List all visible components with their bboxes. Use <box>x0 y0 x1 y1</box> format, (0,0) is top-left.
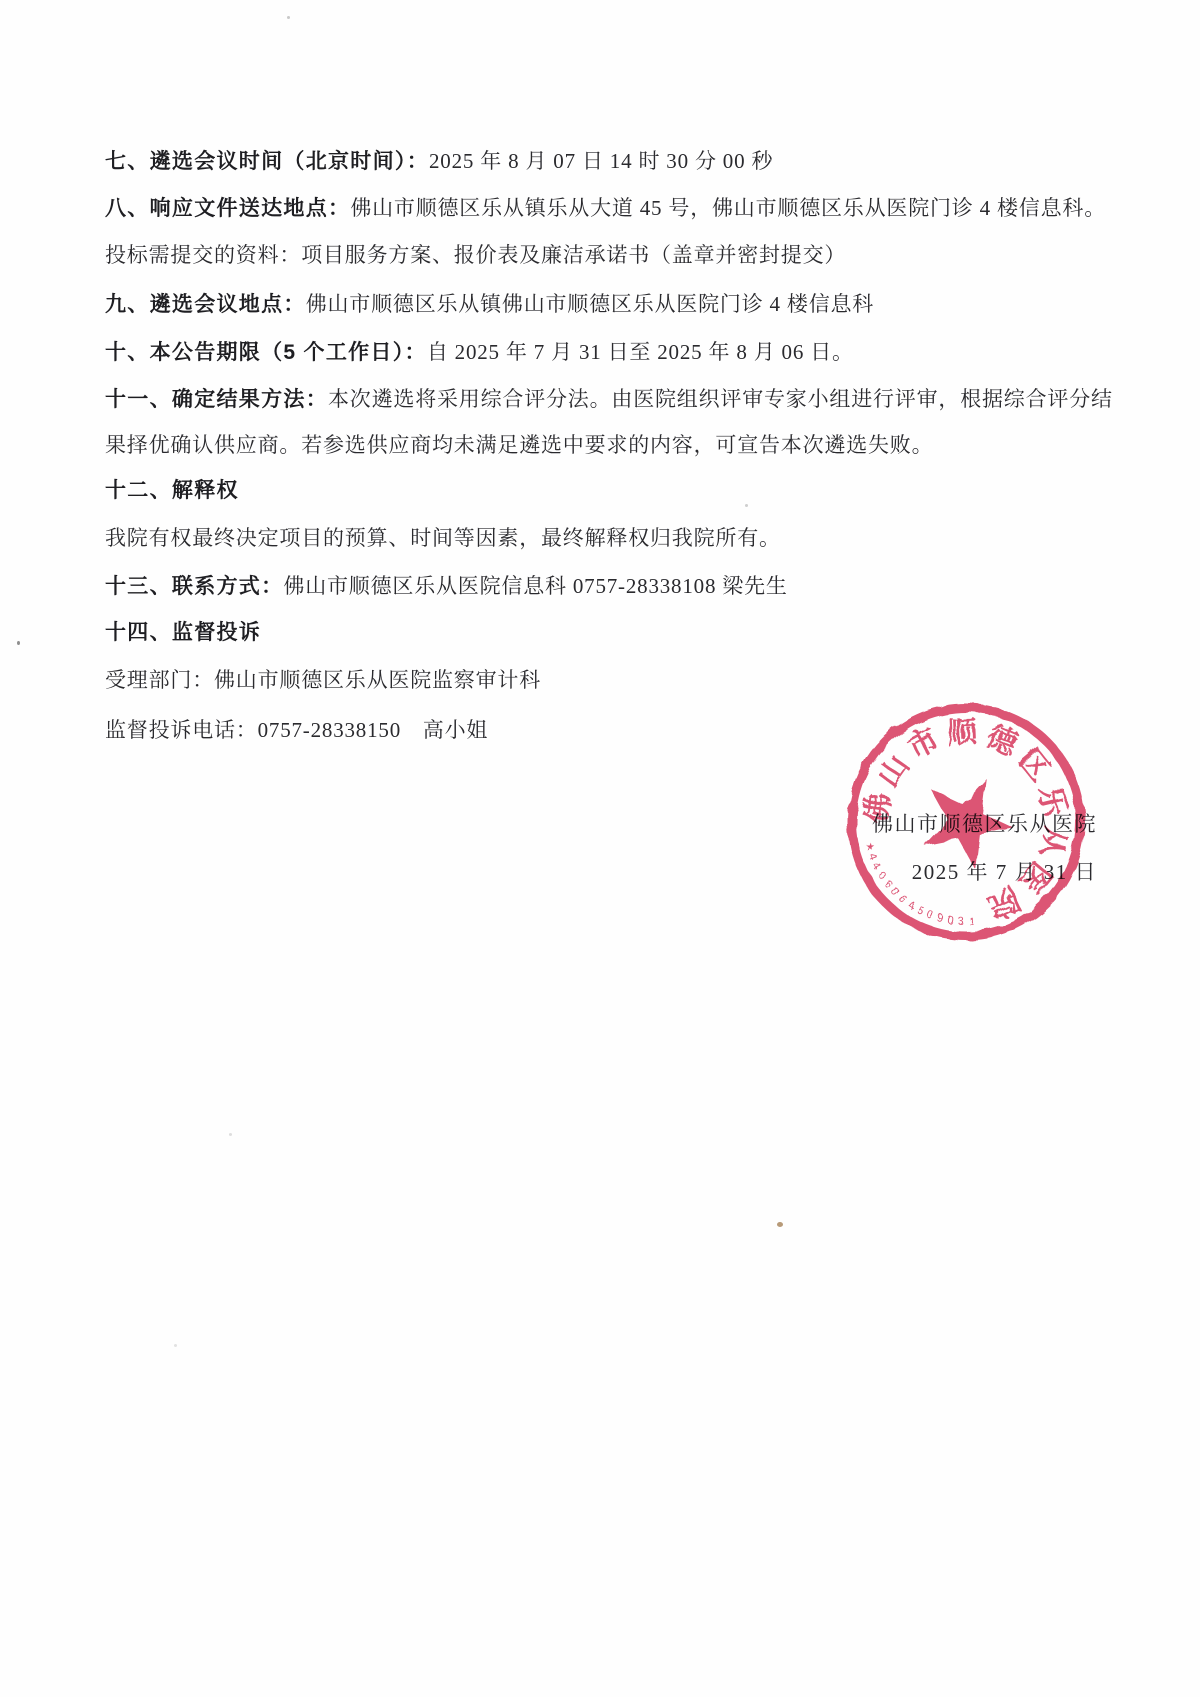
item-text: 佛山市顺德区乐从镇佛山市顺德区乐从医院门诊 4 楼信息科 <box>306 292 874 316</box>
svg-text:1: 1 <box>968 916 975 928</box>
doc-line: 我院有权最终决定项目的预算、时间等因素，最终解释权归我院所有。 <box>105 523 1115 554</box>
item-text: 2025 年 8 月 07 日 14 时 30 分 00 秒 <box>429 149 773 173</box>
svg-text:9: 9 <box>936 912 945 925</box>
signature-date: 2025 年 7 月 31 日 <box>912 858 1097 886</box>
doc-line: 七、遴选会议时间（北京时间）：2025 年 8 月 07 日 14 时 30 分… <box>105 146 1115 177</box>
svg-text:院: 院 <box>983 881 1024 924</box>
item-label: 十二、解释权 <box>105 479 239 502</box>
item-label: 九、遴选会议地点： <box>105 293 306 316</box>
scan-speck <box>229 1133 232 1136</box>
item-label: 八、响应文件送达地点： <box>105 197 350 220</box>
scan-speck <box>174 1344 177 1347</box>
doc-line: 果择优确认供应商。若参选供应商均未满足遴选中要求的内容，可宣告本次遴选失败。 <box>105 430 1115 461</box>
item-label: 十四、监督投诉 <box>105 621 261 644</box>
svg-text:区: 区 <box>1012 743 1057 787</box>
scanned-document-page: 七、遴选会议时间（北京时间）：2025 年 8 月 07 日 14 时 30 分… <box>0 0 1200 1697</box>
doc-line: 十三、联系方式：佛山市顺德区乐从医院信息科 0757-28338108 梁先生 <box>105 571 1115 602</box>
scan-speck <box>287 16 290 19</box>
scan-speck <box>17 641 20 645</box>
svg-text:★: ★ <box>862 840 876 853</box>
doc-line: 八、响应文件送达地点：佛山市顺德区乐从镇乐从大道 45 号，佛山市顺德区乐从医院… <box>105 193 1115 224</box>
svg-text:4: 4 <box>865 851 878 861</box>
item-text: 投标需提交的资料：项目服务方案、报价表及廉洁承诺书（盖章并密封提交） <box>105 243 846 267</box>
doc-line: 投标需提交的资料：项目服务方案、报价表及廉洁承诺书（盖章并密封提交） <box>105 240 1115 271</box>
item-text: 受理部门：佛山市顺德区乐从医院监察审计科 <box>105 668 541 692</box>
item-label: 十一、确定结果方法： <box>105 388 328 411</box>
item-text: 本次遴选将采用综合评分法。由医院组织评审专家小组进行评审，根据综合评分结 <box>328 387 1113 411</box>
svg-text:3: 3 <box>958 916 965 928</box>
item-label: 七、遴选会议时间（北京时间）： <box>105 150 429 173</box>
svg-text:0: 0 <box>888 886 901 899</box>
svg-text:0: 0 <box>925 909 935 922</box>
doc-line: 十、本公告期限（5 个工作日）：自 2025 年 7 月 31 日至 2025 … <box>105 337 1115 368</box>
doc-line: 监督投诉电话：0757-28338150 高小姐 <box>105 715 1115 746</box>
doc-line: 九、遴选会议地点：佛山市顺德区乐从镇佛山市顺德区乐从医院门诊 4 楼信息科 <box>105 289 1115 320</box>
item-text: 果择优确认供应商。若参选供应商均未满足遴选中要求的内容，可宣告本次遴选失败。 <box>105 433 933 457</box>
item-text: 佛山市顺德区乐从镇乐从大道 45 号，佛山市顺德区乐从医院门诊 4 楼信息科。 <box>350 196 1106 220</box>
svg-text:4: 4 <box>870 861 883 872</box>
doc-line: 十二、解释权 <box>105 475 1115 506</box>
doc-line: 受理部门：佛山市顺德区乐从医院监察审计科 <box>105 665 1115 696</box>
item-text: 佛山市顺德区乐从医院信息科 0757-28338108 梁先生 <box>283 574 787 598</box>
item-label: 十、本公告期限（5 个工作日）： <box>105 341 427 364</box>
scan-speck <box>745 504 748 507</box>
svg-text:4: 4 <box>905 899 917 912</box>
svg-text:6: 6 <box>896 893 908 906</box>
item-text: 我院有权最终决定项目的预算、时间等因素，最终解释权归我院所有。 <box>105 526 781 550</box>
signature-org: 佛山市顺德区乐从医院 <box>872 810 1097 838</box>
svg-text:0: 0 <box>947 914 955 927</box>
svg-text:0: 0 <box>875 870 888 882</box>
item-text: 监督投诉电话：0757-28338150 高小姐 <box>105 718 488 742</box>
doc-line: 十一、确定结果方法：本次遴选将采用综合评分法。由医院组织评审专家小组进行评审，根… <box>105 384 1115 415</box>
item-text: 自 2025 年 7 月 31 日至 2025 年 8 月 06 日。 <box>427 340 854 364</box>
svg-text:6: 6 <box>881 878 894 890</box>
svg-text:5: 5 <box>915 904 926 917</box>
doc-line: 十四、监督投诉 <box>105 617 1115 648</box>
item-label: 十三、联系方式： <box>105 575 283 598</box>
svg-text:山: 山 <box>872 749 916 793</box>
scan-speck <box>777 1222 783 1227</box>
